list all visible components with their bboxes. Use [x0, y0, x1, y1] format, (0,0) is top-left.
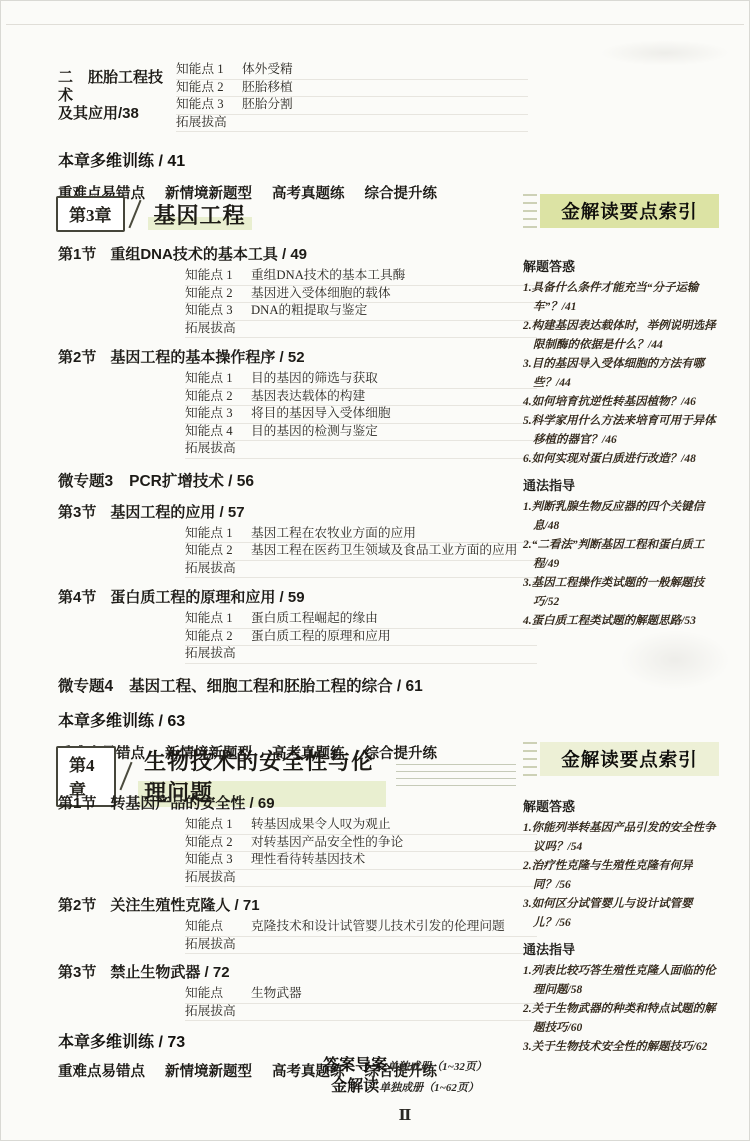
section-number: 第4节: [58, 586, 96, 607]
toc-section: 第3节 禁止生物武器 / 72 知能点生物武器 拓展拔高: [58, 961, 523, 1021]
footer-note: 答案导案单独成册（1~32页）: [280, 1056, 530, 1077]
sidebar-item: 2.“二看法”判断基因工程和蛋白质工程/49: [523, 536, 719, 574]
footer-note-small: 单独成册（1~62页）: [379, 1082, 479, 1094]
point-label: 知能点 1: [185, 371, 239, 387]
point-text: 克隆技术和设计试管婴儿技术引发的伦理问题: [251, 919, 505, 935]
point-text: 胚胎分割: [242, 97, 293, 113]
point-text: 基因进入受体细胞的载体: [251, 286, 391, 302]
sidebar-item: 1.列表比较巧答生殖性克隆人面临的伦理问题/58: [523, 962, 719, 1000]
sidebar-item: 2.关于生物武器的种类和特点试题的解题技巧/60: [523, 1000, 719, 1038]
point-label: 知能点: [185, 919, 239, 935]
section-number: 第2节: [58, 346, 96, 367]
sidebar-item: 2.治疗性克隆与生殖性克隆有何异同？/56: [523, 857, 719, 895]
rules-decoration: [523, 194, 537, 228]
sidebar-item: 3.如何区分试管婴儿与设计试管婴儿？/56: [523, 895, 719, 933]
point-text: DNA的粗提取与鉴定: [251, 303, 367, 319]
point-row: 知能点 3 胚胎分割: [176, 97, 528, 115]
point-row: 知能点 1基因工程在农牧业方面的应用: [185, 526, 537, 544]
point-text: 重组DNA技术的基本工具酶: [251, 268, 405, 284]
point-label: 知能点 1: [185, 526, 239, 542]
sidebar-group-title: 通法指导: [523, 939, 719, 958]
section-number: 第2节: [58, 894, 96, 915]
micro-number: 微专题4: [58, 674, 113, 696]
sidebar-body: 解题答惑 1.具备什么条件才能充当“分子运输车”？/41 2.构建基因表达载体时…: [523, 256, 719, 631]
point-label: 知能点 2: [185, 543, 239, 559]
point-row: 知能点 1转基因成果令人叹为观止: [185, 817, 537, 835]
footer-note-bold: 答案导案: [323, 1057, 387, 1074]
extra-row: 拓展拔高: [185, 561, 537, 579]
point-text: 基因表达载体的构建: [251, 389, 365, 405]
section-number: 第3节: [58, 501, 96, 522]
micro-title: PCR扩增技术 / 56: [129, 469, 254, 491]
footer-note: 金解读单独成册（1~62页）: [280, 1077, 530, 1098]
point-label: 知能点 2: [185, 286, 239, 302]
toc-section: 第1节 转基因产品的安全性 / 69 知能点 1转基因成果令人叹为观止 知能点 …: [58, 792, 523, 887]
sidebar-header-label: 金解读要点索引: [540, 194, 719, 228]
point-label: 知能点 1: [185, 268, 239, 284]
footer-notes: 答案导案单独成册（1~32页） 金解读单独成册（1~62页）: [280, 1056, 530, 1098]
entry-label: 二 胚胎工程技术 及其应用/38: [58, 69, 176, 132]
toc-entry-embryo: 二 胚胎工程技术 及其应用/38 知能点 1 体外受精 知能点 2 胚胎移植 知…: [58, 58, 528, 132]
point-label: 知能点 1: [185, 611, 239, 627]
toc-section: 第1节 重组DNA技术的基本工具 / 49 知能点 1重组DNA技术的基本工具酶…: [58, 243, 523, 338]
rules-decoration: [396, 764, 516, 788]
point-label: 知能点 1: [176, 62, 230, 78]
slash-decoration: [119, 762, 132, 790]
point-row: 知能点 3DNA的粗提取与鉴定: [185, 303, 537, 321]
chapter3-title: 基因工程: [148, 199, 252, 230]
sidebar-item: 2.构建基因表达载体时，举例说明选择限制酶的依据是什么？/44: [523, 317, 719, 355]
practice-item: 新情境新题型: [165, 1060, 252, 1081]
point-text: 理性看待转基因技术: [251, 852, 365, 868]
point-text: 目的基因的筛选与获取: [251, 371, 378, 387]
micro-title: 基因工程、细胞工程和胚胎工程的综合 / 61: [129, 674, 423, 696]
point-text: 蛋白质工程崛起的缘由: [251, 611, 378, 627]
point-label: 知能点: [185, 986, 239, 1002]
sidebar-item: 5.科学家用什么方法来培育可用于异体移植的器官？/46: [523, 412, 719, 450]
point-text: 生物武器: [251, 986, 302, 1002]
point-text: 胚胎移植: [242, 80, 293, 96]
chapter3-box-label: 第3章: [56, 196, 125, 232]
toc-section: 第2节 关注生殖性克隆人 / 71 知能点克隆技术和设计试管婴儿技术引发的伦理问…: [58, 894, 523, 954]
chapter-training-link: 本章多维训练 / 63: [58, 708, 523, 731]
toc-section: 第4节 蛋白质工程的原理和应用 / 59 知能点 1蛋白质工程崛起的缘由 知能点…: [58, 586, 523, 664]
point-text: 目的基因的检测与鉴定: [251, 424, 378, 440]
sidebar-group-title: 解题答惑: [523, 256, 719, 275]
scanned-toc-page: 二 胚胎工程技术 及其应用/38 知能点 1 体外受精 知能点 2 胚胎移植 知…: [0, 0, 750, 1141]
point-label: 知能点 3: [185, 406, 239, 422]
extra-row: 拓展拔高: [185, 646, 537, 664]
sidebar-item: 1.你能列举转基因产品引发的安全性争议吗？/54: [523, 819, 719, 857]
chapter3-body: 第1节 重组DNA技术的基本工具 / 49 知能点 1重组DNA技术的基本工具酶…: [58, 243, 523, 763]
chapter-training-link: 本章多维训练 / 41: [58, 148, 528, 171]
sidebar-item: 3.基因工程操作类试题的一般解题技巧/52: [523, 574, 719, 612]
sidebar-header: 金解读要点索引: [523, 194, 719, 228]
micro-topic: 微专题3 PCR扩增技术 / 56: [58, 469, 523, 491]
point-label: 知能点 3: [185, 303, 239, 319]
sidebar-item: 1.判断乳腺生物反应器的四个关键信息/48: [523, 498, 719, 536]
point-text: 体外受精: [242, 62, 293, 78]
entry-label-line2: 及其应用/38: [58, 105, 176, 123]
point-label: 知能点 1: [185, 817, 239, 833]
point-label: 知能点 2: [185, 629, 239, 645]
point-label: 知能点 2: [185, 389, 239, 405]
micro-topic: 微专题4 基因工程、细胞工程和胚胎工程的综合 / 61: [58, 674, 523, 696]
sidebar-item: 4.如何培育抗逆性转基因植物？/46: [523, 393, 719, 412]
practice-item: 重难点易错点: [58, 1060, 145, 1081]
point-row: 知能点 4目的基因的检测与鉴定: [185, 424, 537, 442]
point-row: 知能点 2基因工程在医药卫生领域及食品工业方面的应用: [185, 543, 537, 561]
micro-number: 微专题3: [58, 469, 113, 491]
section-title: 基因工程的应用 / 57: [110, 501, 244, 522]
sidebar-group-title: 解题答惑: [523, 796, 719, 815]
point-row: 知能点 2基因进入受体细胞的载体: [185, 286, 537, 304]
footer-note-bold: 金解读: [331, 1078, 379, 1095]
sidebar-group-title: 通法指导: [523, 475, 719, 494]
point-row: 知能点生物武器: [185, 986, 537, 1004]
extra-row: 拓展拔高: [185, 937, 537, 955]
chapter4-body: 第1节 转基因产品的安全性 / 69 知能点 1转基因成果令人叹为观止 知能点 …: [58, 792, 523, 1081]
scan-smudge: [600, 40, 730, 66]
point-row: 知能点 2蛋白质工程的原理和应用: [185, 629, 537, 647]
point-text: 将目的基因导入受体细胞: [251, 406, 391, 422]
extra-row: 拓展拔高: [176, 115, 528, 133]
point-row: 知能点 3将目的基因导入受体细胞: [185, 406, 537, 424]
page-number: Ⅱ: [60, 1106, 750, 1125]
rules-decoration: [523, 742, 537, 776]
extra-row: 拓展拔高: [185, 441, 537, 459]
point-row: 知能点克隆技术和设计试管婴儿技术引发的伦理问题: [185, 919, 537, 937]
extra-row: 拓展拔高: [185, 1004, 537, 1022]
section-title: 禁止生物武器 / 72: [110, 961, 229, 982]
section-title: 关注生殖性克隆人 / 71: [110, 894, 259, 915]
point-row: 知能点 2对转基因产品安全性的争论: [185, 835, 537, 853]
sidebar-header-label: 金解读要点索引: [540, 742, 719, 776]
point-row: 知能点 1蛋白质工程崛起的缘由: [185, 611, 537, 629]
footer-note-small: 单独成册（1~32页）: [387, 1061, 487, 1073]
sidebar-item: 4.蛋白质工程类试题的解题思路/53: [523, 612, 719, 631]
point-row: 知能点 1 体外受精: [176, 62, 528, 80]
section-title: 基因工程的基本操作程序 / 52: [110, 346, 304, 367]
sidebar-item: 3.关于生物技术安全性的解题技巧/62: [523, 1038, 719, 1057]
sidebar-chapter4: 金解读要点索引 解题答惑 1.你能列举转基因产品引发的安全性争议吗？/54 2.…: [523, 742, 719, 1057]
intro-block: 二 胚胎工程技术 及其应用/38 知能点 1 体外受精 知能点 2 胚胎移植 知…: [58, 58, 528, 203]
section-number: 第1节: [58, 792, 96, 813]
chapter-training-link: 本章多维训练 / 73: [58, 1029, 523, 1052]
section-number: 第1节: [58, 243, 96, 264]
point-text: 蛋白质工程的原理和应用: [251, 629, 391, 645]
point-text: 对转基因产品安全性的争论: [251, 835, 403, 851]
chapter3-header: 第3章 基因工程: [56, 196, 516, 232]
section-number: 第3节: [58, 961, 96, 982]
section-title: 蛋白质工程的原理和应用 / 59: [110, 586, 304, 607]
section-title: 重组DNA技术的基本工具 / 49: [110, 243, 307, 264]
point-row: 知能点 2 胚胎移植: [176, 80, 528, 98]
sidebar-body: 解题答惑 1.你能列举转基因产品引发的安全性争议吗？/54 2.治疗性克隆与生殖…: [523, 796, 719, 1057]
sidebar-header: 金解读要点索引: [523, 742, 719, 776]
sidebar-item: 3.目的基因导入受体细胞的方法有哪些？/44: [523, 355, 719, 393]
slash-decoration: [128, 200, 141, 229]
extra-row: 拓展拔高: [185, 870, 537, 888]
point-label: 知能点 4: [185, 424, 239, 440]
sidebar-item: 6.如何实现对蛋白质进行改造？/48: [523, 450, 719, 469]
point-label: 知能点 2: [176, 80, 230, 96]
scan-smudge: [620, 630, 730, 690]
section-title: 转基因产品的安全性 / 69: [110, 792, 274, 813]
point-row: 知能点 3理性看待转基因技术: [185, 852, 537, 870]
toc-section: 第3节 基因工程的应用 / 57 知能点 1基因工程在农牧业方面的应用 知能点 …: [58, 501, 523, 579]
point-label: 知能点 3: [176, 97, 230, 113]
point-label: 知能点 2: [185, 835, 239, 851]
point-label: 知能点 3: [185, 852, 239, 868]
point-row: 知能点 1目的基因的筛选与获取: [185, 371, 537, 389]
point-text: 转基因成果令人叹为观止: [251, 817, 391, 833]
point-text: 基因工程在农牧业方面的应用: [251, 526, 416, 542]
point-text: 基因工程在医药卫生领域及食品工业方面的应用: [251, 543, 517, 559]
point-row: 知能点 1重组DNA技术的基本工具酶: [185, 268, 537, 286]
sidebar-item: 1.具备什么条件才能充当“分子运输车”？/41: [523, 279, 719, 317]
sidebar-chapter3: 金解读要点索引 解题答惑 1.具备什么条件才能充当“分子运输车”？/41 2.构…: [523, 194, 719, 631]
point-row: 知能点 2基因表达载体的构建: [185, 389, 537, 407]
extra-row: 拓展拔高: [185, 321, 537, 339]
entry-label-line1: 二 胚胎工程技术: [58, 69, 176, 105]
toc-section: 第2节 基因工程的基本操作程序 / 52 知能点 1目的基因的筛选与获取 知能点…: [58, 346, 523, 459]
